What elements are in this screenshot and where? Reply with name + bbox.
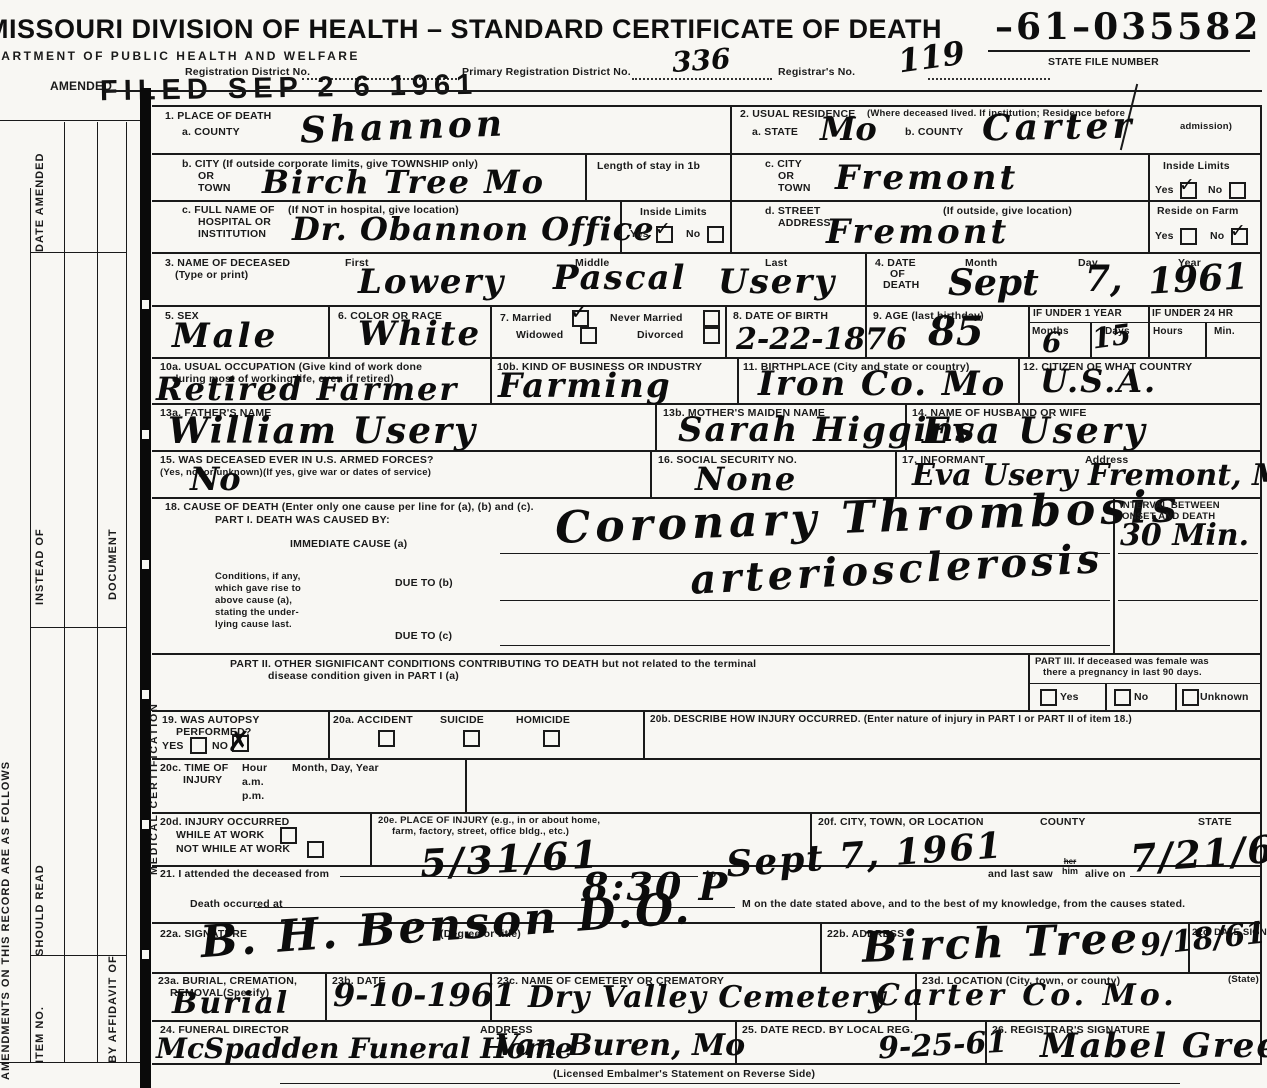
while-at-work-label: WHILE AT WORK bbox=[176, 829, 264, 841]
grid-line bbox=[1028, 305, 1030, 357]
grid-line bbox=[1028, 683, 1262, 684]
stub-line bbox=[0, 120, 140, 121]
state-file-number: –61–035582 bbox=[995, 6, 1261, 48]
county-header: COUNTY bbox=[1040, 816, 1086, 828]
yes-label: Yes bbox=[1060, 691, 1079, 703]
county-value: Shannon bbox=[299, 102, 506, 151]
filed-stamp: FILED SEP 2 6 1961 bbox=[100, 69, 479, 109]
homicide-label: HOMICIDE bbox=[516, 714, 570, 726]
stub-col-instead-of: INSTEAD OF bbox=[34, 497, 46, 605]
if-under-24-hr-label: IF UNDER 24 HR bbox=[1152, 308, 1233, 320]
injury-occurred-label: 20d. INJURY OCCURRED bbox=[160, 816, 289, 828]
yes-label: Yes bbox=[1155, 184, 1174, 196]
grid-line bbox=[643, 710, 645, 758]
grid-line bbox=[1028, 653, 1030, 710]
city-town-location-label: 20f. CITY, TOWN, OR LOCATION bbox=[818, 816, 984, 828]
immediate-cause-label: IMMEDIATE CAUSE (a) bbox=[290, 538, 407, 550]
name-note: (Type or print) bbox=[175, 269, 248, 281]
name-of-deceased-label: 3. NAME OF DECEASED bbox=[165, 257, 290, 269]
grid-line bbox=[152, 153, 1262, 155]
time-of-injury-label: 20c. TIME OF bbox=[160, 762, 228, 774]
alive-on-label: alive on bbox=[1085, 868, 1126, 880]
last-seen-value: 7/21/61 bbox=[1129, 824, 1267, 881]
accident-label: 20a. ACCIDENT bbox=[333, 714, 413, 726]
street-address-value: Fremont bbox=[826, 212, 1009, 252]
no-label: No bbox=[1208, 184, 1222, 196]
attended-to-value: Sept 7, 1961 bbox=[725, 824, 1005, 885]
grid-line bbox=[1148, 153, 1150, 252]
attended-label: 21. I attended the deceased from bbox=[160, 868, 329, 880]
never-married-label: Never Married bbox=[610, 312, 683, 324]
conditions-note: lying cause last. bbox=[215, 620, 292, 631]
death-day-value: 7, bbox=[1085, 258, 1123, 300]
registrar-signature-value: Mabel Greens bbox=[1040, 1026, 1267, 1066]
days-value: 15 bbox=[1090, 317, 1133, 355]
months-value: 6 bbox=[1042, 326, 1061, 359]
residence-city-town: TOWN bbox=[778, 182, 811, 194]
place-of-death-heading: 1. PLACE OF DEATH bbox=[165, 110, 271, 122]
checkmark: ✓ bbox=[570, 300, 588, 325]
grid-line bbox=[1018, 357, 1020, 403]
residence-county-value: Carter bbox=[982, 105, 1136, 150]
grid-line bbox=[650, 450, 652, 497]
writing-line bbox=[1130, 876, 1260, 877]
grid-line bbox=[152, 305, 1262, 307]
month-day-year-label: Month, Day, Year bbox=[292, 762, 379, 774]
grid-line bbox=[585, 153, 587, 200]
usual-residence-note2: admission) bbox=[1180, 122, 1232, 133]
grid-line bbox=[152, 758, 1262, 760]
date-of-birth-value: 2-22-1876 bbox=[736, 322, 907, 357]
grid-line bbox=[152, 357, 1262, 359]
stub-line bbox=[97, 122, 98, 1062]
stub-line bbox=[30, 188, 31, 1062]
inside-limits-2c-no-checkbox bbox=[1229, 182, 1246, 199]
state-note: (State) bbox=[1228, 975, 1259, 986]
interval-line bbox=[1118, 553, 1258, 554]
death-certificate-scan: MISSOURI DIVISION OF HEALTH – STANDARD C… bbox=[0, 0, 1267, 1088]
conditions-note: stating the under- bbox=[215, 608, 299, 619]
burial-location-value: Carter Co. Mo. bbox=[876, 978, 1178, 1013]
yes-label: Yes bbox=[1155, 230, 1174, 242]
grid-line bbox=[325, 972, 327, 1020]
hour-label: Hour bbox=[242, 762, 267, 774]
grid-line bbox=[465, 758, 467, 812]
last-saw-label: and last saw bbox=[988, 868, 1053, 880]
death-year-value: 1961 bbox=[1147, 255, 1249, 302]
occupation-value: Retired Farmer bbox=[156, 370, 458, 408]
grid-line bbox=[370, 812, 372, 865]
registrar-no-value: 119 bbox=[896, 34, 967, 81]
certificate-title: MISSOURI DIVISION OF HEALTH – STANDARD C… bbox=[0, 14, 942, 45]
conditions-note: above cause (a), bbox=[215, 596, 292, 607]
border-dash bbox=[142, 300, 149, 309]
grid-line bbox=[152, 653, 1262, 655]
cemetery-value: Dry Valley Cemetery bbox=[528, 980, 886, 1015]
city-value: Birch Tree Mo bbox=[262, 163, 545, 201]
widowed-label: Widowed bbox=[516, 329, 563, 341]
bottom-edge-line bbox=[280, 1083, 1180, 1084]
part3-label2: there a pregnancy in last 90 days. bbox=[1043, 668, 1202, 679]
grid-line bbox=[655, 403, 657, 450]
state-header: STATE bbox=[1198, 816, 1232, 828]
signature-address-value: Birch Tree bbox=[861, 913, 1141, 972]
date-of-death-label3: DEATH bbox=[883, 279, 919, 291]
pregnancy-unknown-checkbox bbox=[1182, 689, 1199, 706]
grid-line bbox=[1028, 322, 1262, 323]
no-label: No bbox=[1134, 691, 1148, 703]
grid-line bbox=[865, 252, 867, 305]
city-or: OR bbox=[198, 170, 214, 182]
grid-line bbox=[152, 812, 1262, 814]
embalmer-footer: (Licensed Embalmer's Statement on Revers… bbox=[553, 1068, 815, 1080]
stub-line bbox=[64, 122, 65, 1062]
state-file-label: STATE FILE NUMBER bbox=[1048, 56, 1159, 68]
birthplace-value: Iron Co. Mo bbox=[758, 364, 1006, 404]
stub-col-should-read: SHOULD READ bbox=[34, 838, 46, 956]
not-while-at-work-label: NOT WHILE AT WORK bbox=[176, 843, 290, 855]
grid-line bbox=[152, 252, 1262, 254]
widowed-checkbox bbox=[580, 327, 597, 344]
cause-of-death-heading: 18. CAUSE OF DEATH (Enter only one cause… bbox=[165, 501, 534, 513]
her-him-words: her him bbox=[1062, 858, 1078, 877]
death-month-value: Sept bbox=[948, 262, 1039, 304]
pregnancy-yes-checkbox bbox=[1040, 689, 1057, 706]
x-mark: ✗ bbox=[227, 725, 250, 758]
no-label: No bbox=[686, 228, 700, 240]
last-name-value: Usery bbox=[718, 262, 836, 302]
inside-limits-1c-label: Inside Limits bbox=[640, 206, 707, 218]
stub-document: DOCUMENT bbox=[107, 488, 119, 600]
medical-certification-label: MEDICAL CERTIFICATION bbox=[148, 505, 160, 875]
grid-line bbox=[490, 305, 492, 357]
fathers-name-value: William Usery bbox=[168, 410, 477, 452]
funeral-address-value: Van Buren, Mo bbox=[495, 1028, 745, 1063]
county-label: a. COUNTY bbox=[182, 126, 240, 138]
primary-registration-label: Primary Registration District No. bbox=[462, 66, 631, 78]
residence-county-label: b. COUNTY bbox=[905, 126, 963, 138]
armed-forces-value: No bbox=[190, 460, 241, 498]
reside-on-farm-label: Reside on Farm bbox=[1157, 205, 1239, 217]
date-of-birth-label: 8. DATE OF BIRTH bbox=[733, 310, 828, 322]
am-label: a.m. bbox=[242, 776, 264, 788]
residence-city-value: Fremont bbox=[835, 158, 1018, 198]
unknown-label: Unknown bbox=[1200, 691, 1249, 703]
yes-label: Yes bbox=[630, 228, 649, 240]
due-to-c-label: DUE TO (c) bbox=[395, 630, 452, 642]
part1-label: PART I. DEATH WAS CAUSED BY: bbox=[215, 514, 390, 526]
header-rule bbox=[105, 90, 1262, 92]
sex-value: Male bbox=[172, 316, 278, 356]
divorced-label: Divorced bbox=[637, 329, 684, 341]
color-race-value: White bbox=[358, 314, 481, 354]
street-address-label: d. STREET bbox=[765, 205, 820, 217]
first-name-value: Lowery bbox=[358, 262, 505, 302]
autopsy-yes-checkbox bbox=[190, 737, 207, 754]
grid-line bbox=[152, 972, 1262, 974]
accident-checkbox bbox=[378, 730, 395, 747]
autopsy-no-label: NO bbox=[212, 740, 228, 752]
hospital-label3: INSTITUTION bbox=[198, 228, 266, 240]
conditions-note: Conditions, if any, bbox=[215, 572, 300, 583]
while-at-work-checkbox bbox=[280, 827, 297, 844]
citizen-value: U.S.A. bbox=[1040, 362, 1157, 400]
stub-line bbox=[0, 1062, 140, 1063]
interval-value: 30 Min. bbox=[1120, 518, 1249, 553]
physician-signature: B. H. Benson D.O. bbox=[199, 883, 694, 968]
dotted-line bbox=[928, 78, 1050, 80]
residence-state-value: Mo bbox=[820, 110, 877, 148]
inside-limits-1c-no-checkbox bbox=[707, 226, 724, 243]
grid-line bbox=[490, 357, 492, 403]
reside-farm-yes-checkbox bbox=[1180, 228, 1197, 245]
not-while-at-work-checkbox bbox=[307, 841, 324, 858]
hospital-label: c. FULL NAME OF bbox=[182, 204, 275, 216]
stub-by-affidavit: BY AFFIDAVIT OF bbox=[107, 905, 119, 1063]
homicide-checkbox bbox=[543, 730, 560, 747]
grid-line bbox=[895, 450, 897, 497]
cause-line-c bbox=[500, 645, 1110, 646]
length-of-stay-label: Length of stay in 1b bbox=[597, 160, 700, 172]
street-address-label2: ADDRESS bbox=[778, 217, 831, 229]
burial-value: Burial bbox=[172, 986, 289, 1021]
dotted-line bbox=[632, 78, 772, 80]
cause-line-b bbox=[500, 600, 1110, 601]
residence-city-label: c. CITY bbox=[765, 158, 802, 170]
divorced-checkbox bbox=[703, 327, 720, 344]
no-label: No bbox=[1210, 230, 1224, 242]
due-to-b-label: DUE TO (b) bbox=[395, 577, 453, 589]
stub-line bbox=[126, 122, 127, 1062]
grid-line bbox=[1175, 683, 1177, 710]
suicide-checkbox bbox=[463, 730, 480, 747]
inside-limits-2c-label: Inside Limits bbox=[1163, 160, 1230, 172]
date-received-value: 9-25-61 bbox=[877, 1025, 1008, 1067]
business-industry-value: Farming bbox=[498, 366, 672, 406]
grid-line bbox=[725, 305, 727, 357]
attended-from-value: 5/31/61 bbox=[419, 831, 602, 885]
min-header: Min. bbox=[1214, 326, 1235, 338]
middle-name-value: Pascal bbox=[553, 258, 686, 298]
border-dash bbox=[142, 950, 149, 959]
hospital-label2: HOSPITAL OR bbox=[198, 216, 271, 228]
death-occurred-label2: M on the date stated above, and to the b… bbox=[742, 898, 1185, 910]
grid-line bbox=[730, 105, 732, 252]
checkmark: ✓ bbox=[1179, 174, 1195, 196]
amendments-header: AMENDMENTS ON THIS RECORD ARE AS FOLLOWS bbox=[0, 340, 12, 1080]
describe-injury-label: 20b. DESCRIBE HOW INJURY OCCURRED. (Ente… bbox=[650, 714, 1132, 726]
husband-wife-value: Eva Usery bbox=[922, 410, 1148, 452]
grid-line bbox=[820, 922, 822, 972]
state-file-underline bbox=[988, 50, 1250, 52]
suicide-label: SUICIDE bbox=[440, 714, 484, 726]
age-value: 85 bbox=[928, 308, 984, 355]
death-occurred-label: Death occurred at bbox=[190, 898, 283, 910]
primary-registration-value: 336 bbox=[671, 42, 732, 79]
stub-line bbox=[30, 627, 126, 628]
checkmark: ✓ bbox=[655, 218, 671, 240]
time-of-injury-label2: INJURY bbox=[183, 774, 222, 786]
part2-label: PART II. OTHER SIGNIFICANT CONDITIONS CO… bbox=[230, 658, 756, 670]
registrar-no-label: Registrar's No. bbox=[778, 66, 855, 78]
city-town: TOWN bbox=[198, 182, 231, 194]
conditions-note: which gave rise to bbox=[215, 584, 301, 595]
interval-line bbox=[1118, 600, 1258, 601]
if-under-1-year-label: IF UNDER 1 YEAR bbox=[1033, 308, 1122, 320]
grid-line bbox=[152, 710, 1262, 712]
hours-header: Hours bbox=[1153, 326, 1183, 338]
grid-line bbox=[1105, 683, 1107, 710]
grid-line bbox=[1205, 322, 1207, 357]
stub-line bbox=[30, 252, 126, 253]
hospital-value: Dr. Obannon Office bbox=[292, 210, 655, 248]
residence-state-label: a. STATE bbox=[752, 126, 798, 138]
checkmark: ✓ bbox=[1230, 220, 1246, 242]
grid-line bbox=[1148, 305, 1150, 357]
border-dash bbox=[142, 430, 149, 439]
armed-forces-note2: (If yes, give war or dates of service) bbox=[263, 468, 431, 479]
grid-line bbox=[152, 1020, 1262, 1022]
grid-line bbox=[328, 710, 330, 758]
pregnancy-no-checkbox bbox=[1114, 689, 1131, 706]
part2-label2: disease condition given in PART I (a) bbox=[268, 670, 459, 682]
autopsy-yes-label: YES bbox=[162, 740, 184, 752]
stub-col-item-no: ITEM NO. bbox=[34, 985, 46, 1063]
burial-date-value: 9-10-1961 bbox=[333, 976, 515, 1014]
department-subtitle: DEPARTMENT OF PUBLIC HEALTH AND WELFARE bbox=[0, 50, 360, 64]
stub-col-date-amended: DATE AMENDED bbox=[34, 127, 46, 252]
grid-line bbox=[328, 305, 330, 357]
him-word: him bbox=[1062, 867, 1078, 877]
ssn-value: None bbox=[695, 460, 797, 498]
residence-city-or: OR bbox=[778, 170, 794, 182]
grid-line bbox=[737, 357, 739, 403]
married-label: 7. Married bbox=[500, 312, 552, 324]
pm-label: p.m. bbox=[242, 790, 264, 802]
never-married-checkbox bbox=[703, 310, 720, 327]
